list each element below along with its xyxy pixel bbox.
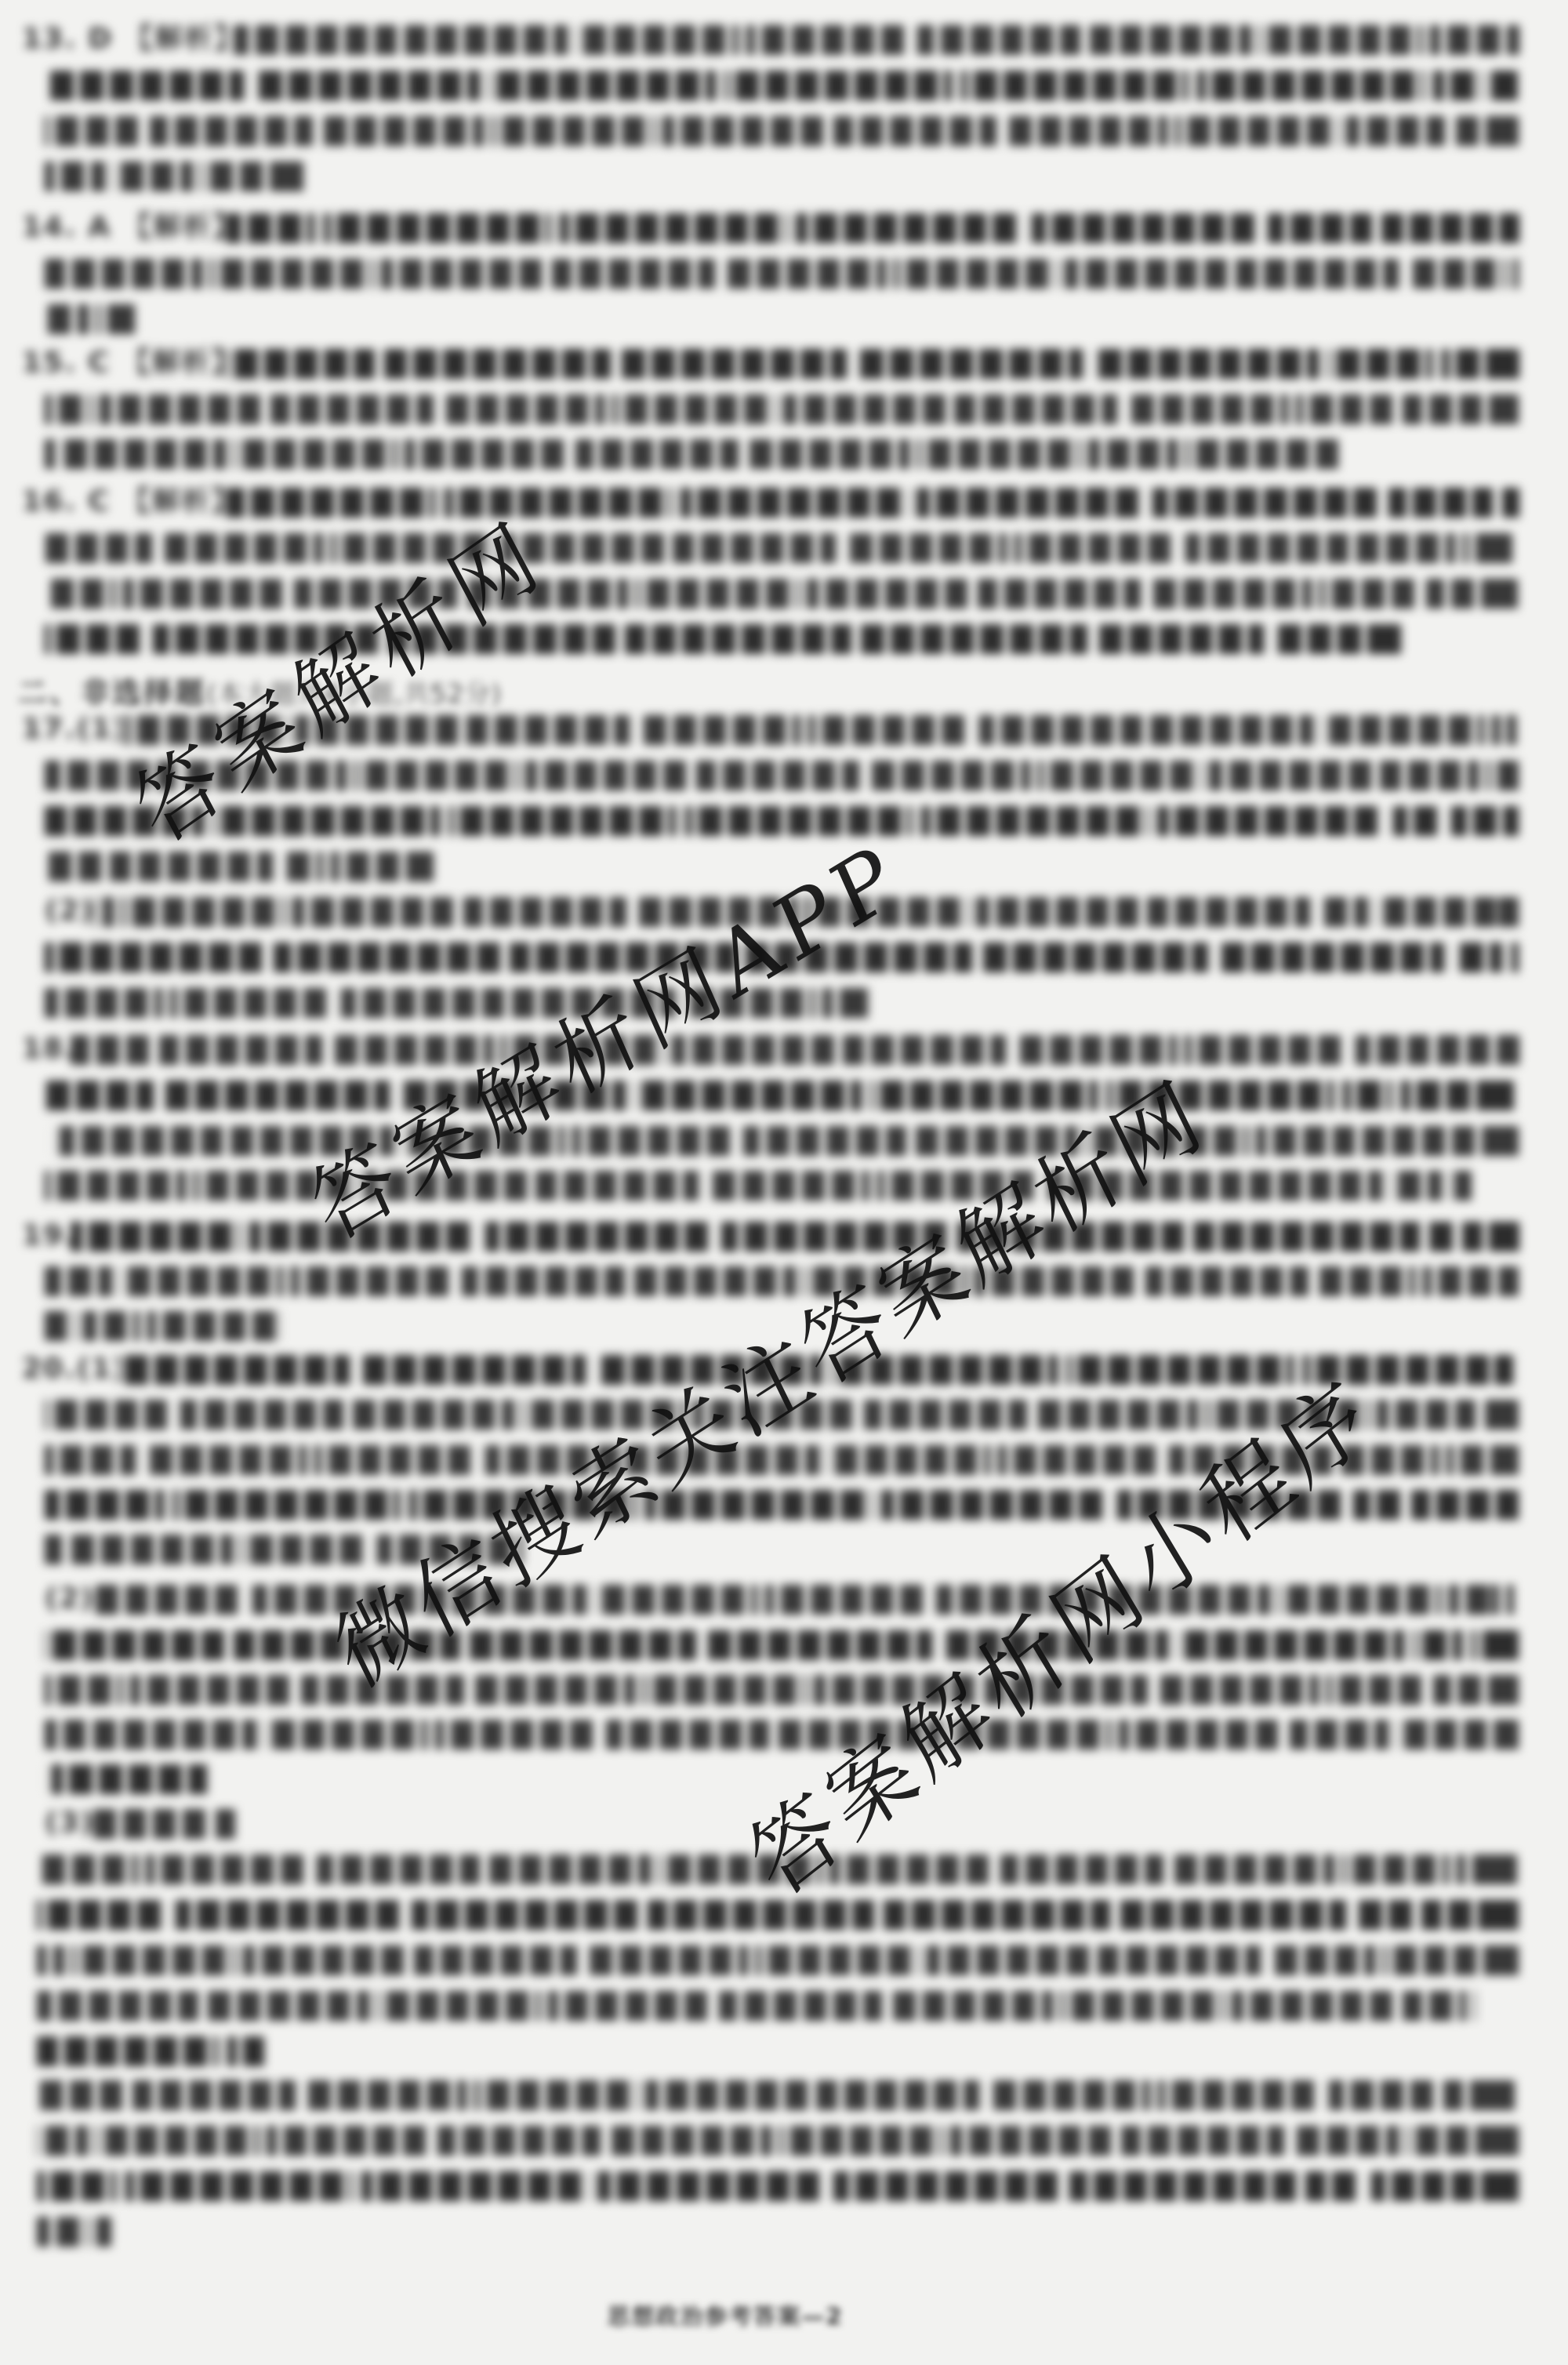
- blurred-text-line: [45, 303, 139, 336]
- blurred-glyph-run: [45, 116, 1519, 146]
- blurred-text-line: [37, 2035, 264, 2068]
- blurred-glyph-run: [226, 25, 1519, 55]
- blurred-glyph-run: [71, 1035, 1519, 1065]
- line-label: (2): [45, 896, 93, 927]
- blurred-glyph-run: [45, 304, 139, 334]
- line-label: 17.(1): [22, 714, 120, 745]
- blurred-glyph-run: [45, 259, 1519, 289]
- blurred-glyph-run: [226, 488, 1519, 518]
- blurred-text-line: (2): [45, 1583, 1519, 1616]
- blurred-text-line: (3): [45, 1807, 241, 1840]
- blurred-glyph-run: [226, 213, 1519, 243]
- line-label: (3): [45, 1807, 93, 1839]
- blurred-text-line: 15. C 【解析】: [22, 347, 1519, 380]
- blurred-glyph-run: [45, 1081, 1519, 1110]
- blurred-glyph-run: [45, 1126, 1519, 1156]
- blurred-text-line: [37, 2124, 1519, 2157]
- section-heading-bold: 二、非选择题: [18, 676, 206, 710]
- blurred-text-line: [45, 257, 1519, 290]
- blurred-text-line: [45, 160, 303, 193]
- blurred-text-line: 19.: [22, 1220, 1519, 1253]
- blurred-text-line: [45, 114, 1519, 147]
- blurred-glyph-run: [37, 2036, 264, 2066]
- line-label: 18.: [22, 1034, 71, 1065]
- blurred-text-line: [37, 2215, 111, 2248]
- blurred-text-line: [45, 393, 1519, 426]
- line-label: 14. A 【解析】: [22, 212, 226, 243]
- blurred-glyph-run: [37, 2217, 111, 2247]
- blurred-glyph-run: [37, 1900, 1519, 1930]
- blurred-text-line: [37, 2170, 1519, 2203]
- blurred-glyph-run: [45, 439, 1338, 469]
- blurred-glyph-run: [45, 1311, 280, 1341]
- blurred-glyph-run: [71, 1222, 1519, 1252]
- blurred-text-line: 13. D 【解析】: [22, 24, 1519, 56]
- blurred-text-line: [45, 1079, 1519, 1112]
- blurred-glyph-run: [93, 1809, 241, 1839]
- blurred-glyph-run: [45, 1720, 1519, 1749]
- blurred-text-line: [37, 2079, 1519, 2112]
- blurred-text-line: [45, 1124, 1519, 1157]
- blurred-text-line: 14. A 【解析】: [22, 212, 1519, 245]
- line-label: 20.(1): [22, 1353, 120, 1385]
- blurred-text-line: [45, 850, 437, 883]
- page-footer: 思想政治参考答案—2: [607, 2299, 843, 2331]
- line-label: (2): [45, 1583, 93, 1615]
- blurred-text-line: [45, 1629, 1519, 1662]
- blurred-text-line: [45, 69, 1519, 102]
- blurred-text-line: 18.: [22, 1034, 1519, 1066]
- blurred-glyph-run: [37, 1991, 1475, 2021]
- blurred-glyph-run: [37, 2126, 1519, 2156]
- blurred-glyph-run: [226, 349, 1519, 379]
- blurred-glyph-run: [45, 1675, 1519, 1705]
- line-label: 16. C 【解析】: [22, 486, 226, 518]
- blurred-text-line: [45, 1718, 1519, 1751]
- blurred-glyph-run: [45, 1266, 1519, 1296]
- blurred-glyph-run: [45, 852, 437, 881]
- blurred-text-line: [45, 1763, 209, 1796]
- blurred-text-line: [37, 1944, 1519, 1977]
- blurred-text-line: [45, 577, 1519, 610]
- blurred-text-line: [37, 1898, 1519, 1931]
- blurred-text-line: [37, 1989, 1475, 2022]
- blurred-glyph-run: [45, 579, 1519, 609]
- line-label: 19.: [22, 1220, 71, 1252]
- blurred-text-line: [45, 1169, 1472, 1202]
- blurred-glyph-run: [45, 533, 1519, 563]
- blurred-glyph-run: [45, 624, 1401, 654]
- blurred-text-line: [45, 532, 1519, 565]
- blurred-glyph-run: [37, 2171, 1519, 2201]
- blurred-glyph-run: [93, 1585, 1519, 1615]
- blurred-glyph-run: [45, 1630, 1519, 1660]
- blurred-text-line: [45, 805, 1519, 837]
- blurred-glyph-run: [37, 2080, 1519, 2110]
- blurred-glyph-run: [45, 1171, 1472, 1201]
- blurred-glyph-run: [37, 1945, 1519, 1975]
- blurred-text-line: [45, 1673, 1519, 1706]
- blurred-glyph-run: [45, 394, 1519, 424]
- blurred-glyph-run: [45, 806, 1519, 836]
- scanned-answer-sheet-page: 13. D 【解析】14. A 【解析】15. C 【解析】16. C 【解析】…: [0, 0, 1568, 2365]
- line-label: 13. D 【解析】: [22, 24, 226, 55]
- blurred-text-line: [45, 623, 1401, 656]
- blurred-text-line: 16. C 【解析】: [22, 486, 1519, 519]
- line-label: 15. C 【解析】: [22, 347, 226, 379]
- blurred-glyph-run: [45, 71, 1519, 100]
- blurred-glyph-run: [45, 1764, 209, 1794]
- blurred-glyph-run: [45, 162, 303, 191]
- blurred-text-line: [45, 438, 1338, 470]
- blurred-text-line: [45, 1310, 280, 1342]
